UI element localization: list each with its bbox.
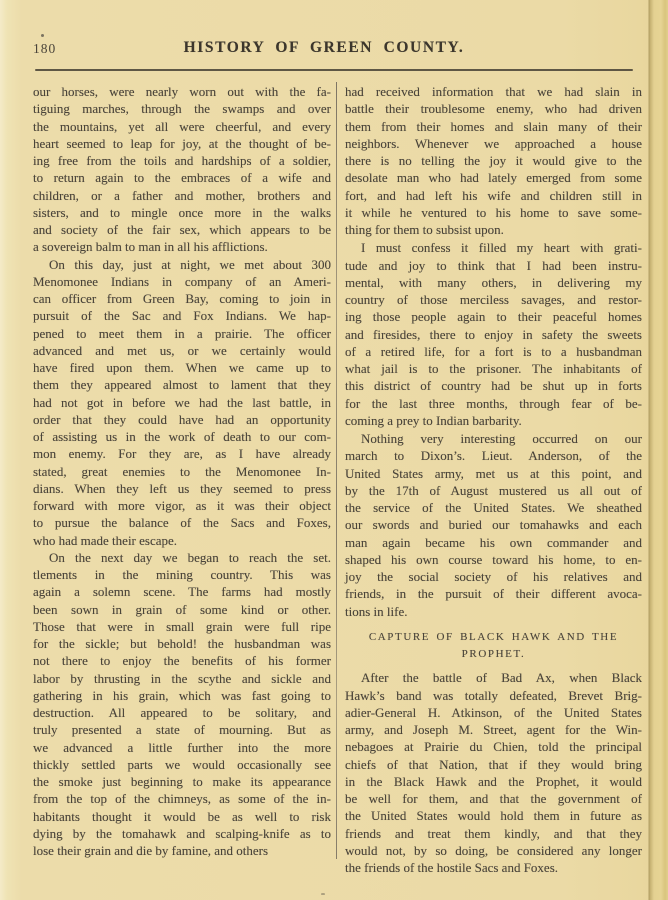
text-line: Those that were in small grain were full… xyxy=(33,618,331,635)
text-line: tions in life. xyxy=(345,603,642,620)
text-line: friends and treat them kindly, and that … xyxy=(345,825,642,842)
text-line: children, or a father and mother, brothe… xyxy=(33,187,331,204)
text-line: On the next day we began to reach the se… xyxy=(33,549,331,566)
text-line: friends, in the pursuit of their differe… xyxy=(345,585,642,602)
text-line: mon enemy. For they are, as I have alrea… xyxy=(33,445,331,462)
text-line: thing for them to subsist upon. xyxy=(345,221,642,238)
text-line: and society of the fair sex, which appea… xyxy=(33,221,331,238)
text-line: dians. When they left us they seemed to … xyxy=(33,480,331,497)
text-line: habitants thought it would be as well to… xyxy=(33,808,331,825)
text-line: pursuit of the Sac and Fox Indians. We h… xyxy=(33,307,331,324)
text-line: advanced and met us, or we certainly wou… xyxy=(33,342,331,359)
text-line: Nothing very interesting occurred on our xyxy=(345,430,642,447)
text-column-left: our horses, were nearly worn out with th… xyxy=(33,83,331,859)
paragraph: I must confess it filled my heart with g… xyxy=(345,239,642,429)
text-line: in the Black Hawk and the Prophet, it wo… xyxy=(345,773,642,790)
text-line: the smoke just beginning to make its app… xyxy=(33,773,331,790)
text-line: order that they could have had an opport… xyxy=(33,411,331,428)
text-line: chiefs of that Nation, that if they woul… xyxy=(345,756,642,773)
text-line: Hawk’s band was totally defeated, Brevet… xyxy=(345,687,642,704)
text-line: to pursue the balance of the Sacs and Fo… xyxy=(33,514,331,531)
text-line: truly presented a state of mourning. But… xyxy=(33,721,331,738)
column-divider xyxy=(336,82,337,859)
text-line: United States army, met us at this point… xyxy=(345,465,642,482)
text-line: had not got in before we had the last ba… xyxy=(33,394,331,411)
text-line: be well for them, and that the governmen… xyxy=(345,790,642,807)
text-line: of assisting us in the work of death to … xyxy=(33,428,331,445)
text-line: adier-General H. Atkinson, of the United… xyxy=(345,704,642,721)
text-line: them they appeared almost to lament that… xyxy=(33,376,331,393)
text-line: our horses, were nearly worn out with th… xyxy=(33,83,331,100)
text-line: again a solemn scene. The farms had most… xyxy=(33,583,331,600)
text-line: coming a prey to Indian barbarity. xyxy=(345,412,642,429)
ink-speck xyxy=(41,34,44,37)
paragraph: On this day, just at night, we met about… xyxy=(33,256,331,549)
text-line: our swords and buried our tomahawks and … xyxy=(345,516,642,533)
text-line: had received information that we had sla… xyxy=(345,83,642,100)
text-line: dying by the tomahawk and scalping-knife… xyxy=(33,825,331,842)
text-line: battle their troublesome enemy, who had … xyxy=(345,100,642,117)
text-line: On this day, just at night, we met about… xyxy=(33,256,331,273)
text-line: have fired upon them. When we came up to xyxy=(33,359,331,376)
book-page-scan: 180 HISTORY OF GREEN COUNTY. our horses,… xyxy=(0,0,668,900)
text-line: joy the social society of his relatives … xyxy=(345,568,642,585)
paragraph: had received information that we had sla… xyxy=(345,83,642,238)
text-line: them from their homes and slain many of … xyxy=(345,118,642,135)
text-line: After the battle of Bad Ax, when Black xyxy=(345,669,642,686)
text-line: and firesides, there to enjoy in safety … xyxy=(345,326,642,343)
text-line: the mountains, yet all were cheerful, an… xyxy=(33,118,331,135)
text-line: there is no telling the joy it would giv… xyxy=(345,152,642,169)
text-line: I must confess it filled my heart with g… xyxy=(345,239,642,256)
text-line: march to Dixon’s. Lieut. Anderson, of th… xyxy=(345,447,642,464)
text-line: neighbors. Whenever we approached a hous… xyxy=(345,135,642,152)
paragraph: After the battle of Bad Ax, when BlackHa… xyxy=(345,669,642,876)
text-line: stated, great enemies to the Menomonee I… xyxy=(33,463,331,480)
text-line: of a retired life, for a fort is to a hu… xyxy=(345,343,642,360)
text-line: mental, with many others, in delivering … xyxy=(345,274,642,291)
text-line: country of those merciless savages, and … xyxy=(345,291,642,308)
paragraph: our horses, were nearly worn out with th… xyxy=(33,83,331,256)
text-line: to return again to the embraces of a wif… xyxy=(33,169,331,186)
text-line: not there to enjoy the benefits of his f… xyxy=(33,652,331,669)
text-line: this district of country had be shut up … xyxy=(345,377,642,394)
text-line: can officer from Green Bay, coming to jo… xyxy=(33,290,331,307)
text-line: who had made their escape. xyxy=(33,532,331,549)
text-line: for the last three months, through fear … xyxy=(345,395,642,412)
text-line: pened to meet them in a prairie. The off… xyxy=(33,325,331,342)
text-line: desolate man who had lately emerged from… xyxy=(345,169,642,186)
text-line: by the 17th of August mustered us all ou… xyxy=(345,482,642,499)
text-line: it while he ventured to his home to save… xyxy=(345,204,642,221)
text-line: tlements in the mining country. This was xyxy=(33,566,331,583)
text-line: the service of the United States. We she… xyxy=(345,499,642,516)
paragraph: On the next day we began to reach the se… xyxy=(33,549,331,860)
text-line: thickly settled parts we would occasiona… xyxy=(33,756,331,773)
text-line: the United States would hold them in fut… xyxy=(345,807,642,824)
text-line: destruction. All appeared to be solitary… xyxy=(33,704,331,721)
text-line: sisters, and to mingle once more in the … xyxy=(33,204,331,221)
text-line: fort, and had left his wife and children… xyxy=(345,187,642,204)
text-line: tude and joy to think that I had been in… xyxy=(345,257,642,274)
header-rule xyxy=(35,69,633,71)
text-line: heart seemed to leap for joy, at the tho… xyxy=(33,135,331,152)
text-line: tiguing marches, through the swamps and … xyxy=(33,100,331,117)
text-line: ing free from the toils and hardships of… xyxy=(33,152,331,169)
page-title: HISTORY OF GREEN COUNTY. xyxy=(0,39,648,57)
text-line: Menomonee Indians in company of an Ameri… xyxy=(33,273,331,290)
text-line: gathering in his grain, which was fast g… xyxy=(33,687,331,704)
text-line: for the sickle; but behold! the husbandm… xyxy=(33,635,331,652)
text-line: man again became his own commander and xyxy=(345,534,642,551)
ink-speck xyxy=(321,893,325,895)
text-line: lose their grain and die by famine, and … xyxy=(33,842,331,859)
text-line: from the top of the chimneys, as some of… xyxy=(33,790,331,807)
text-column-right: had received information that we had sla… xyxy=(345,83,642,877)
text-line: forward with more vigor, as it was their… xyxy=(33,497,331,514)
text-line: would not, by so doing, be considered an… xyxy=(345,842,642,859)
paragraph: Nothing very interesting occurred on our… xyxy=(345,430,642,620)
section-heading: CAPTURE OF BLACK HAWK AND THE PROPHET. xyxy=(345,629,642,664)
text-line: the friends of the hostile Sacs and Foxe… xyxy=(345,859,642,876)
text-line: labor by thrusting in the scythe and sic… xyxy=(33,670,331,687)
text-line: army, and Joseph M. Street, agent for th… xyxy=(345,721,642,738)
text-line: been sown in grain of some kind or other… xyxy=(33,601,331,618)
page-edge-shadow xyxy=(648,0,668,900)
text-line: nebagoes at Prairie du Chien, told the p… xyxy=(345,738,642,755)
text-line: ing those people again to their peaceful… xyxy=(345,308,642,325)
text-line: we advanced a little further into the mo… xyxy=(33,739,331,756)
text-line: shaped his own course toward his home, t… xyxy=(345,551,642,568)
text-line: what jail is to the prisoner. The inhabi… xyxy=(345,360,642,377)
text-line: a sovereign balm to man in all his affli… xyxy=(33,238,331,255)
